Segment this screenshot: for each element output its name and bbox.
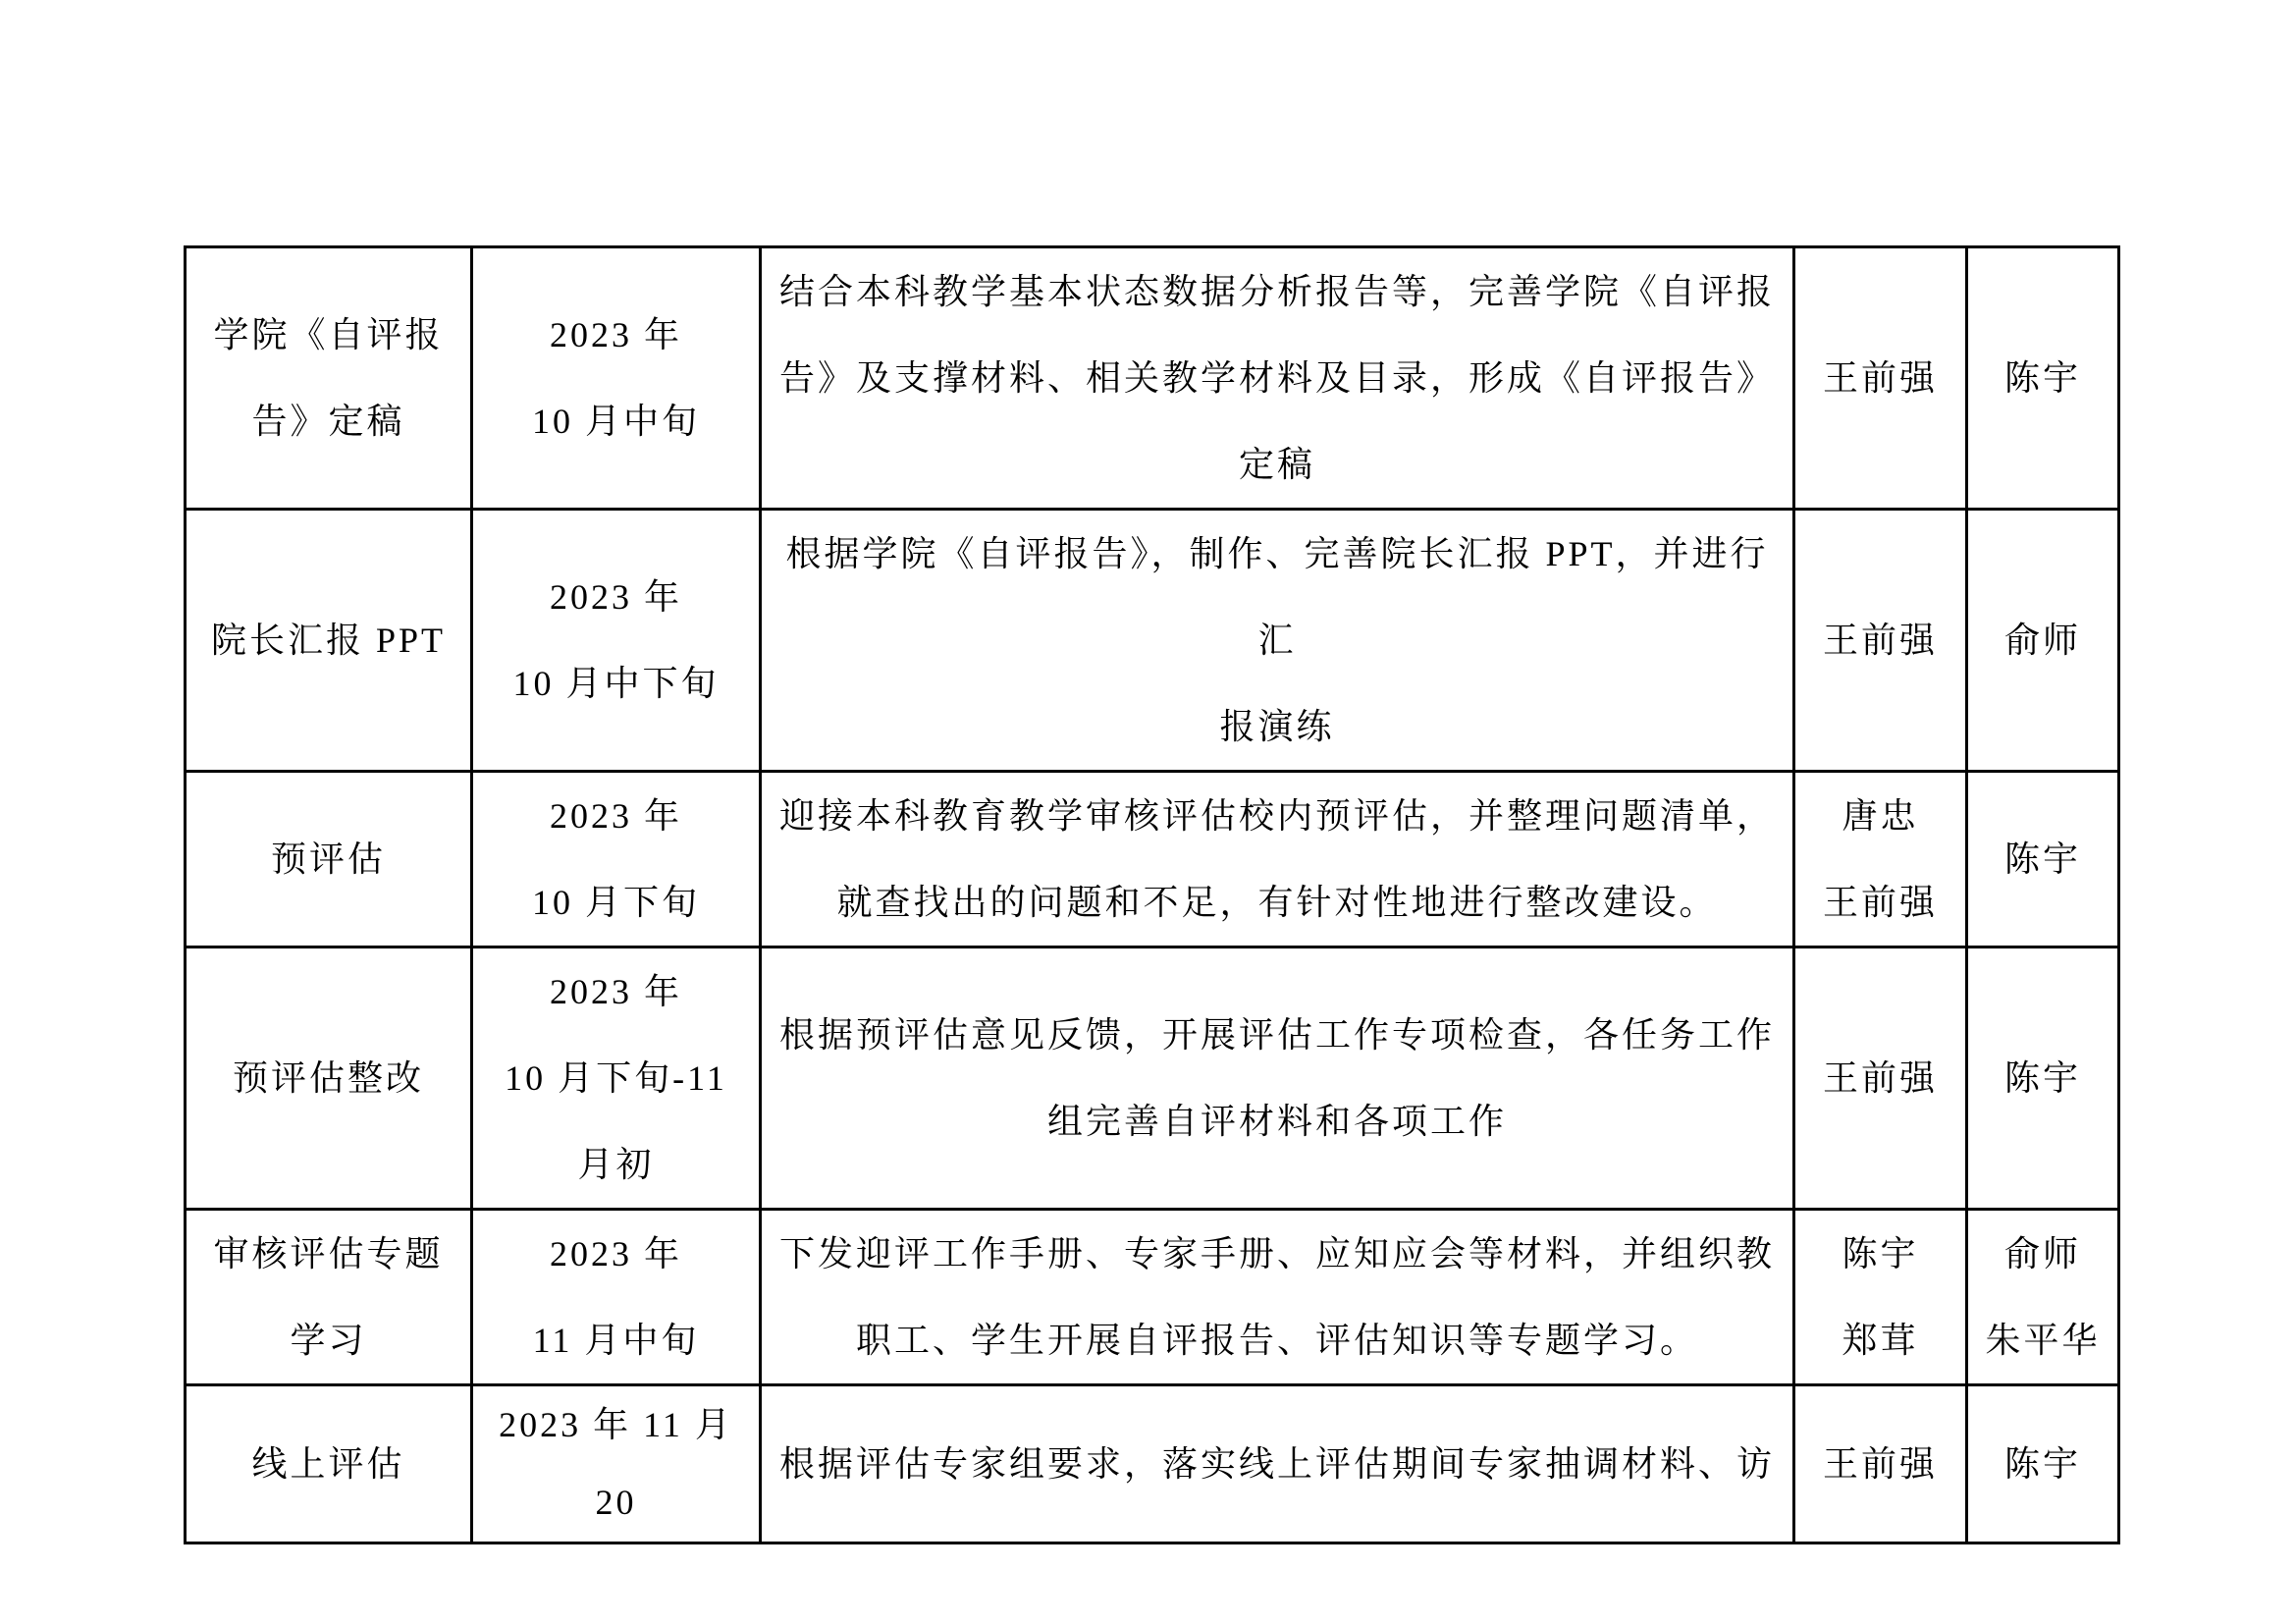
description-cell: 迎接本科教育教学审核评估校内预评估，并整理问题清单， 就查找出的问题和不足，有针… xyxy=(761,772,1794,947)
time-cell: 2023 年 10 月下旬-11 月初 xyxy=(472,947,761,1210)
reviewer-cell: 陈宇 xyxy=(1967,772,2119,947)
time-cell: 2023 年 11 月 20 xyxy=(472,1385,761,1543)
table-row: 学院《自评报 告》定稿 2023 年 10 月中旬 结合本科教学基本状态数据分析… xyxy=(186,247,2119,510)
table-row: 院长汇报 PPT 2023 年 10 月中下旬 根据学院《自评报告》，制作、完善… xyxy=(186,510,2119,772)
table-row: 审核评估专题 学习 2023 年 11 月中旬 下发迎评工作手册、专家手册、应知… xyxy=(186,1210,2119,1385)
task-cell: 预评估 xyxy=(186,772,472,947)
schedule-table: 学院《自评报 告》定稿 2023 年 10 月中旬 结合本科教学基本状态数据分析… xyxy=(184,245,2120,1544)
reviewer-cell: 俞师 xyxy=(1967,510,2119,772)
task-cell: 院长汇报 PPT xyxy=(186,510,472,772)
task-cell: 学院《自评报 告》定稿 xyxy=(186,247,472,510)
reviewer-cell: 陈宇 xyxy=(1967,247,2119,510)
description-cell: 根据学院《自评报告》，制作、完善院长汇报 PPT，并进行汇 报演练 xyxy=(761,510,1794,772)
document-page: 学院《自评报 告》定稿 2023 年 10 月中旬 结合本科教学基本状态数据分析… xyxy=(0,0,2296,1624)
task-cell: 线上评估 xyxy=(186,1385,472,1543)
table-row: 线上评估 2023 年 11 月 20 根据评估专家组要求，落实线上评估期间专家… xyxy=(186,1385,2119,1543)
time-cell: 2023 年 10 月中旬 xyxy=(472,247,761,510)
lead-person-cell: 王前强 xyxy=(1794,947,1967,1210)
description-cell: 下发迎评工作手册、专家手册、应知应会等材料，并组织教 职工、学生开展自评报告、评… xyxy=(761,1210,1794,1385)
lead-person-cell: 唐忠 王前强 xyxy=(1794,772,1967,947)
task-cell: 预评估整改 xyxy=(186,947,472,1210)
description-cell: 根据评估专家组要求，落实线上评估期间专家抽调材料、访 xyxy=(761,1385,1794,1543)
table-row: 预评估 2023 年 10 月下旬 迎接本科教育教学审核评估校内预评估，并整理问… xyxy=(186,772,2119,947)
task-cell: 审核评估专题 学习 xyxy=(186,1210,472,1385)
time-cell: 2023 年 10 月中下旬 xyxy=(472,510,761,772)
lead-person-cell: 王前强 xyxy=(1794,247,1967,510)
reviewer-cell: 陈宇 xyxy=(1967,947,2119,1210)
reviewer-cell: 陈宇 xyxy=(1967,1385,2119,1543)
table-row: 预评估整改 2023 年 10 月下旬-11 月初 根据预评估意见反馈，开展评估… xyxy=(186,947,2119,1210)
lead-person-cell: 陈宇 郑茸 xyxy=(1794,1210,1967,1385)
time-cell: 2023 年 10 月下旬 xyxy=(472,772,761,947)
lead-person-cell: 王前强 xyxy=(1794,510,1967,772)
description-cell: 根据预评估意见反馈，开展评估工作专项检查，各任务工作 组完善自评材料和各项工作 xyxy=(761,947,1794,1210)
reviewer-cell: 俞师 朱平华 xyxy=(1967,1210,2119,1385)
description-cell: 结合本科教学基本状态数据分析报告等，完善学院《自评报 告》及支撑材料、相关教学材… xyxy=(761,247,1794,510)
lead-person-cell: 王前强 xyxy=(1794,1385,1967,1543)
time-cell: 2023 年 11 月中旬 xyxy=(472,1210,761,1385)
